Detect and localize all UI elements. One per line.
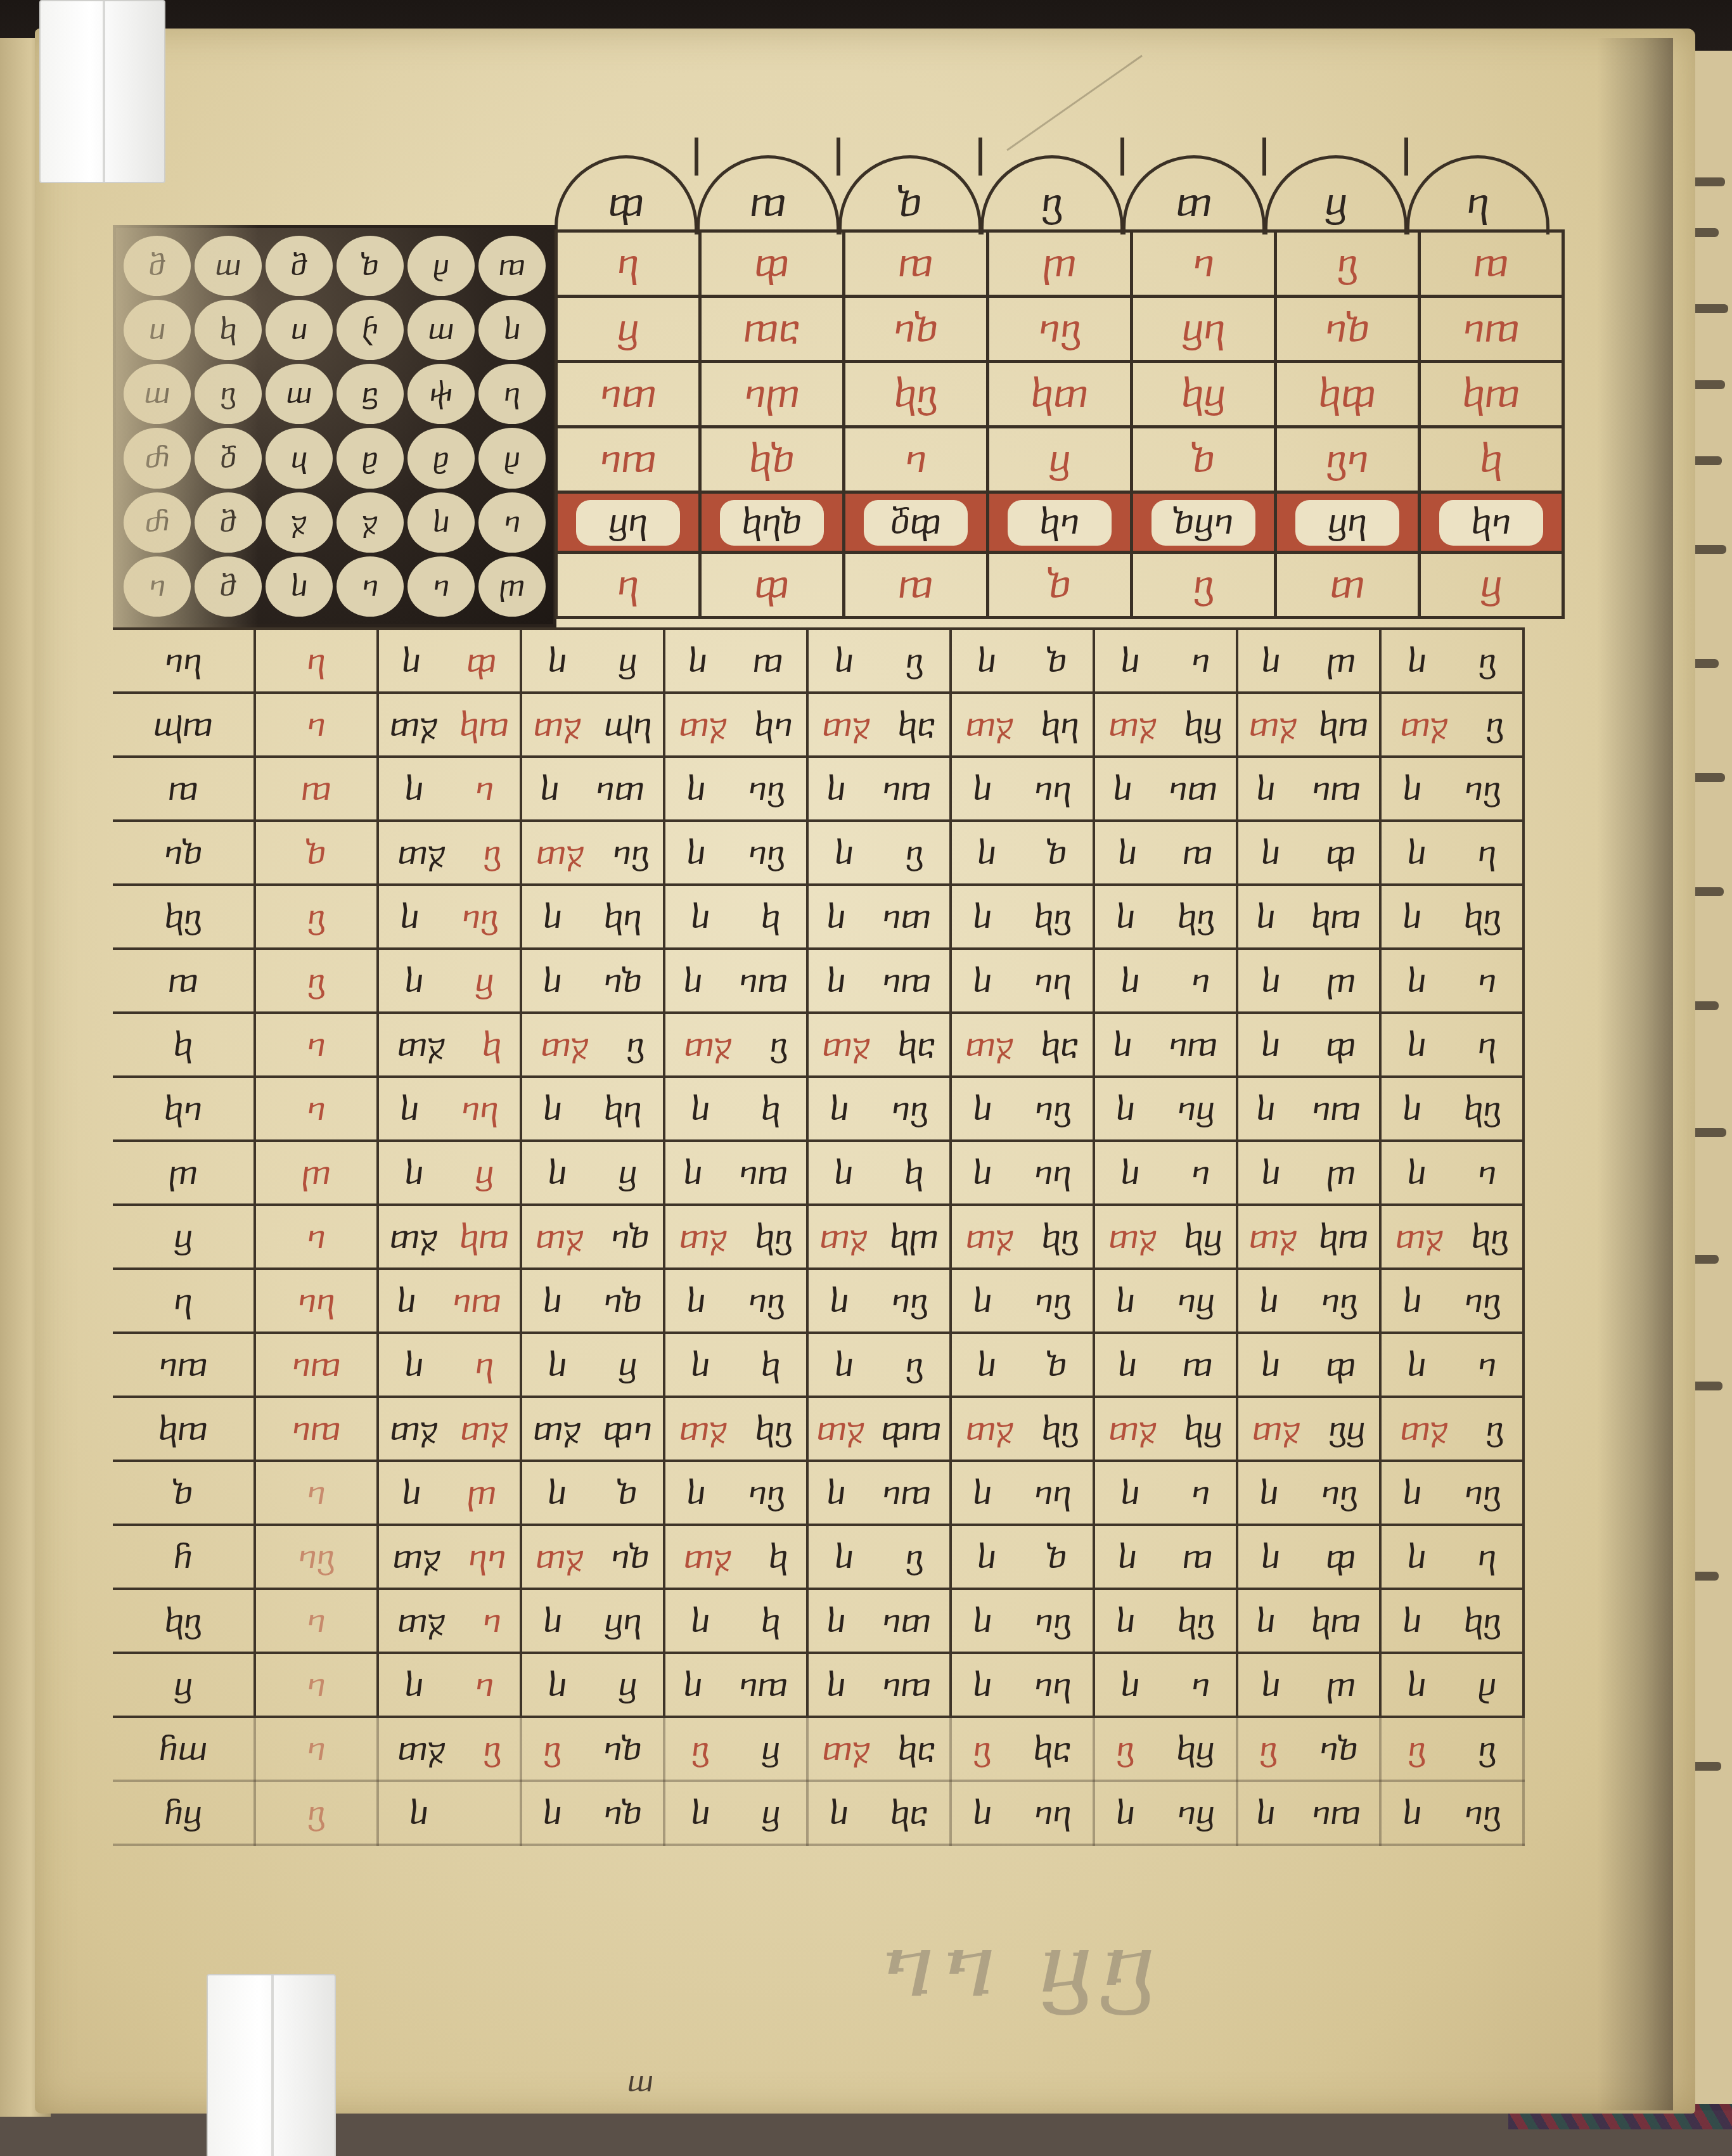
- cell-glyph: ⴑ: [1116, 1283, 1134, 1319]
- table-cell: ⴇⴟⴉⴂ: [664, 1397, 807, 1461]
- cell-glyph: ⴑ: [688, 643, 707, 679]
- cell-glyph: ⴈⴊ: [739, 963, 788, 999]
- table-cell: ⴑⴁ: [521, 1653, 664, 1717]
- header-cell: ⴉ: [1420, 427, 1563, 492]
- cell-glyph: ⴈⴇ: [882, 899, 931, 935]
- grid-letter-roundel: ⴈ: [337, 556, 404, 617]
- table-cell: ⴇⴟⴈⴆ: [521, 1525, 664, 1589]
- arch-column-heading: ⴇ: [1122, 155, 1266, 234]
- table-cell: ⴇⴟⴂ: [664, 1013, 807, 1077]
- cell-glyph: ⴑ: [1118, 1539, 1136, 1575]
- cell-glyph: ⴈⴂ: [1321, 1283, 1357, 1319]
- cell-glyph: ⴆ: [1047, 643, 1067, 679]
- cell-glyph: ⴑ: [973, 771, 991, 807]
- table-cell: ⴑⴔ: [1237, 1333, 1380, 1397]
- cell-glyph: ⴑ: [1403, 1795, 1421, 1832]
- cell-glyph: ⴈⴄ: [1034, 1795, 1071, 1832]
- arch-letter: ⴄ: [1466, 181, 1489, 226]
- cell-glyph: ⴑ: [1116, 1091, 1134, 1127]
- cell-glyph: ⴑ: [1121, 643, 1139, 679]
- arch-letter: ⴇ: [1176, 181, 1212, 226]
- cell-glyph: ⴑ: [1262, 643, 1280, 679]
- grid-letter-roundel: ⴟ: [337, 492, 404, 553]
- cell-glyph: ⴈⴄ: [1034, 1155, 1071, 1191]
- rubric-label: ⴁⴄ: [576, 500, 680, 546]
- table-cell: ⴑⴈⴂ: [1380, 1269, 1524, 1333]
- cell-glyph: ⴑ: [1117, 1603, 1135, 1639]
- rubric-band-cell: ⴃⴔ: [844, 492, 988, 553]
- cell-glyph: ⴑ: [1408, 1539, 1426, 1575]
- rubric-label: ⴃⴔ: [864, 500, 968, 546]
- header-row: ⴁⴊⴀⴈⴆⴈⴂⴁⴄⴈⴆⴈⴊ: [556, 297, 1563, 362]
- table-cell: ⴑⴉⴄ: [521, 1077, 664, 1141]
- header-cell: ⴔ: [700, 231, 844, 297]
- table-cell: ⴑⴂ: [1380, 629, 1524, 693]
- cell-glyph: ⴉⴁ: [1176, 1731, 1214, 1768]
- cell-glyph: ⴑ: [973, 1603, 992, 1639]
- cell-glyph: ⴉⴊ: [1311, 1603, 1361, 1639]
- cell-glyph: ⴑ: [973, 899, 992, 935]
- cell-glyph: ⴉⴁ: [1184, 707, 1222, 743]
- cell-glyph: ⴉⴊ: [459, 707, 509, 743]
- row-number: ⴈ: [255, 1653, 378, 1717]
- cell-glyph: ⴉⴊ: [1319, 1219, 1368, 1255]
- row-number: ⴈⴄ: [255, 1269, 378, 1333]
- grid-letter-roundel: ⴑ: [478, 300, 546, 360]
- table-cell: ⴑⴈⴆ: [521, 949, 664, 1013]
- cell-glyph: ⴑ: [691, 1091, 710, 1127]
- table-cell: ⴑⴈⴄ: [951, 1461, 1094, 1525]
- row-label: ⴓⴊ: [113, 693, 255, 757]
- row-key-cell: ⴑ: [378, 1781, 521, 1845]
- table-row: ⴆⴈⴑⴜⴑⴆⴑⴈⴂⴑⴈⴊⴑⴈⴄⴑⴈⴑⴈⴂⴑⴈⴂ: [113, 1461, 1524, 1525]
- table-cell: ⴂⴁ: [664, 1717, 807, 1781]
- row-label: ⴌⴍ: [113, 1717, 255, 1781]
- header-cell: ⴉⴊ: [1420, 362, 1563, 427]
- cell-glyph: ⴉⴂ: [755, 1411, 793, 1447]
- cell-glyph: ⴊ: [1183, 1347, 1213, 1383]
- rubric-band-cell: ⴉⴈ: [1420, 492, 1563, 553]
- row-key-cell: ⴇⴟⴇⴟ: [378, 1397, 521, 1461]
- row-label: ⴌⴁ: [113, 1781, 255, 1845]
- row-key-cell: ⴇⴟⴉⴊ: [378, 1205, 521, 1269]
- row-key-cell: ⴑⴈ: [378, 1653, 521, 1717]
- cell-glyph: ⴈ: [475, 771, 494, 807]
- cell-glyph: ⴈⴂ: [748, 1475, 785, 1511]
- cell-glyph: ⴑ: [1403, 1283, 1421, 1319]
- table-row: ⴊⴊⴑⴈⴑⴈⴇⴑⴈⴂⴑⴈⴊⴑⴈⴄⴑⴈⴇⴑⴈⴊⴑⴈⴂ: [113, 757, 1524, 821]
- cell-glyph: ⴑ: [1121, 963, 1139, 999]
- row-label: ⴊ: [113, 949, 255, 1013]
- table-cell: ⴑⴉ: [664, 1333, 807, 1397]
- row-key-cell: ⴇⴟⴉ: [378, 1013, 521, 1077]
- header-cell: ⴁⴄ: [1132, 297, 1276, 362]
- cell-glyph: ⴉⴄ: [604, 1091, 642, 1127]
- header-cell: ⴉⴂ: [844, 362, 988, 427]
- cell-glyph: ⴈ: [1191, 1667, 1210, 1704]
- cell-glyph: ⴂ: [906, 1539, 923, 1575]
- cell-glyph: ⴈ: [1191, 1155, 1210, 1191]
- cell-glyph: ⴈ: [1477, 963, 1496, 999]
- arch-spire: [822, 136, 855, 174]
- table-row: ⴈⴊⴈⴊⴑⴄⴑⴁⴑⴉⴑⴂⴑⴆⴑⴊⴑⴔⴑⴈ: [113, 1333, 1524, 1397]
- table-row: ⴌⴈⴂⴇⴟⴄⴈⴇⴟⴈⴆⴇⴟⴉⴑⴂⴑⴆⴑⴊⴑⴔⴑⴄ: [113, 1525, 1524, 1589]
- grid-letter-roundel: ⴝ: [337, 364, 404, 424]
- cell-glyph: ⴇⴟ: [819, 1219, 868, 1255]
- cell-glyph: ⴇⴟ: [965, 707, 1014, 743]
- grid-letter-roundel: ⴜ: [478, 556, 546, 617]
- table-row: ⴌⴍⴈⴇⴟⴂⴂⴈⴆⴂⴁⴇⴟⴉⴀⴂⴉⴀⴂⴉⴁⴂⴈⴆⴂⴂ: [113, 1717, 1524, 1781]
- cell-glyph: ⴆ: [1047, 1539, 1067, 1575]
- table-row: ⴈⴄⴄⴑⴔⴑⴁⴑⴊⴑⴂⴑⴆⴑⴈⴑⴜⴑⴂ: [113, 629, 1524, 693]
- header-cell: ⴜ: [988, 231, 1132, 297]
- table-cell: ⴑⴈⴇ: [807, 1589, 951, 1653]
- cell-glyph: ⴑ: [1408, 963, 1426, 999]
- table-cell: ⴑⴉⴊ: [1237, 1589, 1380, 1653]
- row-key-cell: ⴑⴁ: [378, 1141, 521, 1205]
- table-row: ⴉⴂⴈⴇⴟⴈⴑⴁⴄⴑⴉⴑⴈⴇⴑⴈⴂⴑⴉⴂⴑⴉⴊⴑⴉⴂ: [113, 1589, 1524, 1653]
- row-label: ⴄ: [113, 1269, 255, 1333]
- table-cell: ⴑⴈⴁ: [1094, 1077, 1237, 1141]
- table-cell: ⴑⴆ: [951, 821, 1094, 885]
- table-cell: ⴑⴈⴊ: [1094, 1013, 1237, 1077]
- cell-glyph: ⴉⴂ: [1177, 899, 1215, 935]
- grid-letter-roundel: ⴑ: [266, 556, 333, 617]
- cell-glyph: ⴑ: [1403, 1091, 1421, 1127]
- cell-glyph: ⴑ: [1257, 771, 1275, 807]
- table-row: ⴈⴆⴆⴇⴟⴂⴇⴟⴈⴂⴑⴈⴂⴑⴂⴑⴆⴑⴊⴑⴔⴑⴄ: [113, 821, 1524, 885]
- cell-glyph: ⴉⴀ: [890, 1795, 928, 1832]
- cell-glyph: ⴑ: [543, 1795, 561, 1832]
- cell-glyph: ⴑ: [1257, 1795, 1275, 1832]
- page-clip-top: [39, 0, 165, 183]
- cell-glyph: ⴑ: [548, 1155, 567, 1191]
- cell-glyph: ⴑ: [827, 1603, 845, 1639]
- cell-glyph: ⴈⴂ: [748, 771, 785, 807]
- cell-glyph: ⴂ: [1485, 707, 1503, 743]
- header-cell: ⴂ: [1276, 231, 1420, 297]
- table-cell: ⴑⴈⴄ: [951, 1141, 1094, 1205]
- rubric-band-cell: ⴉⴈ: [988, 492, 1132, 553]
- cell-glyph: ⴂ: [483, 1731, 501, 1768]
- cell-glyph: ⴇⴟ: [397, 1731, 446, 1768]
- cell-glyph: ⴂ: [626, 1027, 644, 1063]
- cell-glyph: ⴈⴂ: [1464, 1283, 1501, 1319]
- header-cell: ⴂ: [1132, 553, 1276, 618]
- cell-glyph: ⴈⴂ: [1464, 1795, 1501, 1832]
- cell-glyph: ⴑ: [973, 1091, 992, 1127]
- table-cell: ⴑⴈⴂ: [1237, 1461, 1380, 1525]
- table-cell: ⴑⴉⴂ: [1094, 1589, 1237, 1653]
- table-row: ⴉⴈⴇⴟⴉⴇⴟⴂⴇⴟⴂⴇⴟⴉⴀⴇⴟⴉⴀⴑⴈⴊⴑⴔⴑⴄ: [113, 1013, 1524, 1077]
- table-row: ⴁⴈⴇⴟⴉⴊⴇⴟⴈⴆⴇⴟⴉⴂⴇⴟⴉⴜⴇⴟⴉⴂⴇⴟⴉⴁⴇⴟⴉⴊⴇⴟⴉⴂ: [113, 1205, 1524, 1269]
- table-cell: ⴑⴈ: [1094, 949, 1237, 1013]
- cell-glyph: ⴉⴂ: [1042, 1411, 1079, 1447]
- row-number: ⴈ: [255, 1589, 378, 1653]
- table-cell: ⴑⴉⴂ: [1380, 1077, 1524, 1141]
- cell-glyph: ⴂ: [1478, 1731, 1496, 1768]
- table-cell: ⴑⴉⴂ: [1094, 885, 1237, 949]
- cell-glyph: ⴇⴟ: [536, 835, 585, 871]
- cell-glyph: ⴇⴟ: [1108, 707, 1157, 743]
- arch-spire: [1106, 136, 1139, 174]
- grid-letter-roundel: ⴄ: [478, 364, 546, 424]
- cell-glyph: ⴁ: [618, 1667, 637, 1704]
- cell-glyph: ⴇⴟ: [533, 1411, 582, 1447]
- row-label: ⴈⴄ: [113, 629, 255, 693]
- cell-glyph: ⴉⴊ: [1319, 707, 1368, 743]
- header-table: ⴄⴔⴊⴜⴈⴂⴊⴁⴊⴀⴈⴆⴈⴂⴁⴄⴈⴆⴈⴊⴈⴇⴈⴜⴉⴂⴉⴇⴉⴁⴉⴔⴉⴊⴈⴊⴉⴆⴈⴁ…: [555, 229, 1565, 619]
- header-cell: ⴉⴆ: [700, 427, 844, 492]
- cell-glyph: ⴞ: [1478, 1667, 1496, 1704]
- cell-glyph: ⴑ: [1262, 1667, 1280, 1704]
- cell-glyph: ⴑ: [1408, 1347, 1426, 1383]
- cell-glyph: ⴑ: [687, 835, 705, 871]
- cell-glyph: ⴑ: [1257, 1091, 1275, 1127]
- cell-glyph: ⴂ: [769, 1027, 787, 1063]
- table-cell: ⴇⴟⴈⴂ: [521, 821, 664, 885]
- cell-glyph: ⴑ: [835, 1539, 853, 1575]
- table-cell: ⴑⴜ: [1237, 1653, 1380, 1717]
- table-cell: ⴑⴊ: [1094, 1333, 1237, 1397]
- cell-glyph: ⴑ: [835, 1155, 853, 1191]
- cell-glyph: ⴉ: [769, 1539, 788, 1575]
- cell-glyph: ⴉⴁ: [1184, 1411, 1222, 1447]
- cell-glyph: ⴉⴀ: [898, 1027, 936, 1063]
- table-cell: ⴇⴟⴉ: [664, 1525, 807, 1589]
- cell-glyph: ⴇⴟ: [536, 1539, 584, 1575]
- cell-glyph: ⴈⴆ: [1319, 1731, 1358, 1768]
- rubric-label: ⴉⴈ: [1008, 500, 1112, 546]
- table-cell: ⴑⴂ: [807, 821, 951, 885]
- table-cell: ⴑⴈⴂ: [664, 1461, 807, 1525]
- table-cell: ⴑⴄ: [1380, 1525, 1524, 1589]
- rubric-band-cell: ⴆⴁⴈ: [1132, 492, 1276, 553]
- header-cell: ⴆ: [1132, 427, 1276, 492]
- cell-glyph: ⴂ: [1479, 643, 1496, 679]
- cell-glyph: ⴉ: [761, 1347, 780, 1383]
- table-cell: ⴇⴟⴉⴈ: [664, 693, 807, 757]
- cell-glyph: ⴑ: [1403, 899, 1421, 935]
- cell-glyph: ⴑ: [543, 1091, 561, 1127]
- cell-glyph: ⴂ: [906, 1347, 923, 1383]
- cell-glyph: ⴑ: [402, 1475, 421, 1511]
- table-cell: ⴇⴟⴂ: [521, 1013, 664, 1077]
- cell-glyph: ⴂ: [1485, 1411, 1503, 1447]
- row-number: ⴈ: [255, 1013, 378, 1077]
- cell-glyph: ⴜ: [1326, 1155, 1356, 1191]
- cell-glyph: ⴇⴟ: [1395, 1219, 1444, 1255]
- cell-glyph: ⴑ: [1408, 1155, 1426, 1191]
- row-label: ⴉⴊ: [113, 1397, 255, 1461]
- cell-glyph: ⴈⴊ: [882, 771, 931, 807]
- grid-letter-roundel: ⴗ: [266, 428, 333, 488]
- table-cell: ⴑⴁ: [521, 629, 664, 693]
- row-key-cell: ⴇⴟⴉⴊ: [378, 693, 521, 757]
- cell-glyph: ⴇⴟ: [536, 1219, 584, 1255]
- cell-glyph: ⴁ: [618, 1347, 637, 1383]
- table-cell: ⴑⴜ: [1237, 629, 1380, 693]
- cell-glyph: ⴉⴈ: [755, 707, 793, 743]
- cell-glyph: ⴉⴂ: [1034, 899, 1072, 935]
- table-cell: ⴑⴊ: [664, 629, 807, 693]
- table-cell: ⴑⴞ: [1380, 1653, 1524, 1717]
- table-cell: ⴑⴈⴊ: [664, 949, 807, 1013]
- cell-glyph: ⴈⴁ: [1177, 1283, 1215, 1319]
- table-cell: ⴑⴄ: [1380, 821, 1524, 885]
- cell-glyph: ⴑ: [1113, 771, 1132, 807]
- cell-glyph: ⴈⴆ: [603, 1731, 642, 1768]
- table-cell: ⴇⴟⴉⴊ: [1237, 1205, 1380, 1269]
- table-cell: ⴑⴜ: [1237, 949, 1380, 1013]
- cell-glyph: ⴑ: [1408, 643, 1426, 679]
- cell-glyph: ⴔ: [1326, 835, 1356, 871]
- cell-glyph: ⴑ: [409, 1795, 428, 1832]
- cell-glyph: ⴜ: [1326, 643, 1356, 679]
- cell-glyph: ⴑ: [687, 1283, 705, 1319]
- table-cell: ⴑⴈⴂ: [1380, 757, 1524, 821]
- table-cell: ⴇⴟⴉⴂ: [664, 1205, 807, 1269]
- table-cell: ⴇⴟⴉⴁ: [1094, 1205, 1237, 1269]
- arch-letter: ⴊ: [750, 181, 786, 226]
- header-cell: ⴉⴔ: [1276, 362, 1420, 427]
- row-key-cell: ⴇⴟⴂ: [378, 1717, 521, 1781]
- table-cell: ⴂⴉⴁ: [1094, 1717, 1237, 1781]
- cell-glyph: ⴁ: [475, 1155, 494, 1191]
- cell-glyph: ⴉⴀ: [1034, 1731, 1072, 1768]
- table-cell: ⴑⴈⴂ: [951, 1077, 1094, 1141]
- cell-glyph: ⴇⴟ: [679, 1411, 728, 1447]
- table-row: ⴊⴂⴑⴁⴑⴈⴆⴑⴈⴊⴑⴈⴊⴑⴈⴄⴑⴈⴑⴜⴑⴈ: [113, 949, 1524, 1013]
- row-key-cell: ⴑⴈⴂ: [378, 885, 521, 949]
- table-cell: ⴑⴔ: [1237, 1013, 1380, 1077]
- cell-glyph: ⴇⴟ: [1252, 1411, 1301, 1447]
- table-cell: ⴑⴈⴁ: [1094, 1269, 1237, 1333]
- cell-glyph: ⴈⴁ: [1177, 1795, 1215, 1832]
- cell-glyph: ⴔ: [1326, 1539, 1356, 1575]
- arch-column-heading: ⴁ: [1264, 155, 1408, 234]
- cell-glyph: ⴄ: [1478, 1027, 1496, 1063]
- table-cell: ⴑⴂ: [807, 1525, 951, 1589]
- cell-glyph: ⴑ: [973, 1155, 991, 1191]
- header-cell: ⴊ: [844, 553, 988, 618]
- cell-glyph: ⴑ: [1118, 835, 1136, 871]
- table-cell: ⴑⴈⴂ: [664, 757, 807, 821]
- grid-letter-roundel: ⴞ: [407, 236, 475, 296]
- cell-glyph: ⴑ: [687, 771, 705, 807]
- cell-glyph: ⴑ: [977, 1347, 996, 1383]
- arch-spire: [680, 136, 713, 174]
- table-cell: ⴑⴈⴊ: [664, 1141, 807, 1205]
- cell-glyph: ⴈⴂ: [891, 1091, 928, 1127]
- cell-glyph: ⴑ: [402, 643, 420, 679]
- cell-glyph: ⴑ: [684, 1155, 702, 1191]
- header-cell: ⴁ: [556, 297, 700, 362]
- cell-glyph: ⴂ: [1408, 1731, 1425, 1768]
- cell-glyph: ⴈⴊ: [452, 1283, 501, 1319]
- cell-glyph: ⴑ: [1113, 1027, 1132, 1063]
- cell-glyph: ⴑ: [543, 899, 561, 935]
- grid-letter-roundel: ⴈ: [407, 556, 475, 617]
- grid-letter-roundel: ⴡ: [337, 300, 404, 360]
- cell-glyph: ⴇⴟ: [460, 1411, 509, 1447]
- cell-glyph: ⴈⴆ: [611, 1539, 650, 1575]
- cell-glyph: ⴇⴟ: [390, 1219, 439, 1255]
- rubric-label: ⴁⴄ: [1295, 500, 1399, 546]
- cell-glyph: ⴑ: [405, 771, 423, 807]
- cell-glyph: ⴂ: [691, 1731, 709, 1768]
- cell-glyph: ⴉⴂ: [1177, 1603, 1215, 1639]
- row-label: ⴜ: [113, 1141, 255, 1205]
- header-cell: ⴆ: [988, 553, 1132, 618]
- cell-glyph: ⴄ: [1478, 835, 1496, 871]
- cell-glyph: ⴉⴀ: [1041, 1027, 1079, 1063]
- cell-glyph: ⴈ: [1477, 1155, 1496, 1191]
- arch-spire: [1248, 136, 1281, 174]
- table-cell: ⴑⴁ: [664, 1781, 807, 1845]
- cell-glyph: ⴄⴈ: [468, 1539, 506, 1575]
- row-key-cell: ⴑⴄ: [378, 1333, 521, 1397]
- row-number: ⴄ: [255, 629, 378, 693]
- table-cell: ⴑⴉⴂ: [1380, 885, 1524, 949]
- row-key-cell: ⴑⴜ: [378, 1461, 521, 1525]
- cell-glyph: ⴔⴊ: [881, 1411, 941, 1447]
- header-cell: ⴊ: [1420, 231, 1563, 297]
- cell-glyph: ⴑ: [1261, 835, 1280, 871]
- row-key-cell: ⴑⴈⴄ: [378, 1077, 521, 1141]
- table-cell: ⴑⴜ: [1237, 1141, 1380, 1205]
- cell-glyph: ⴑ: [397, 1283, 416, 1319]
- cell-glyph: ⴇⴟ: [966, 1219, 1015, 1255]
- grid-letter-roundel: ⴒ: [337, 428, 404, 488]
- cell-glyph: ⴇⴟ: [1400, 707, 1449, 743]
- table-cell: ⴑⴈ: [1380, 949, 1524, 1013]
- grid-letter-roundel: ⴍ: [266, 364, 333, 424]
- cell-glyph: ⴔⴈ: [603, 1411, 652, 1447]
- header-cell: ⴈⴇ: [556, 362, 700, 427]
- cell-glyph: ⴉⴀ: [898, 707, 936, 743]
- table-row: ⴉⴂⴂⴑⴈⴂⴑⴉⴄⴑⴉⴑⴈⴇⴑⴉⴂⴑⴉⴂⴑⴉⴊⴑⴉⴂ: [113, 885, 1524, 949]
- cell-glyph: ⴑ: [1403, 771, 1421, 807]
- row-key-cell: ⴇⴟⴈ: [378, 1589, 521, 1653]
- table-cell: ⴇⴟⴈⴆ: [521, 1205, 664, 1269]
- table-cell: ⴇⴟⴉⴊ: [1237, 693, 1380, 757]
- table-cell: ⴇⴟⴉⴀ: [807, 1717, 951, 1781]
- cell-glyph: ⴉⴄ: [604, 899, 642, 935]
- row-label: ⴈⴊ: [113, 1333, 255, 1397]
- table-cell: ⴑⴈⴂ: [1237, 1269, 1380, 1333]
- row-number: ⴂ: [255, 949, 378, 1013]
- arch-letter: ⴔ: [608, 181, 644, 226]
- cell-glyph: ⴉⴂ: [1464, 899, 1501, 935]
- cell-glyph: ⴁ: [618, 1155, 637, 1191]
- cell-glyph: ⴈⴊ: [739, 1667, 788, 1704]
- cell-glyph: ⴇⴟ: [679, 707, 728, 743]
- cell-glyph: ⴈⴇ: [882, 1603, 931, 1639]
- cell-glyph: ⴉ: [761, 1091, 780, 1127]
- cell-glyph: ⴈⴇ: [1169, 771, 1217, 807]
- cell-glyph: ⴈⴊ: [882, 1667, 931, 1704]
- table-cell: ⴑⴊ: [1094, 821, 1237, 885]
- cell-glyph: ⴊ: [1183, 1539, 1213, 1575]
- cell-glyph: ⴈⴄ: [461, 1091, 498, 1127]
- cell-glyph: ⴆ: [1047, 835, 1067, 871]
- header-cell: ⴈⴊ: [556, 427, 700, 492]
- cell-glyph: ⴈ: [1191, 643, 1210, 679]
- cell-glyph: ⴈⴂ: [1464, 771, 1501, 807]
- cell-glyph: ⴔ: [1326, 1027, 1356, 1063]
- header-cell: ⴈⴂ: [988, 297, 1132, 362]
